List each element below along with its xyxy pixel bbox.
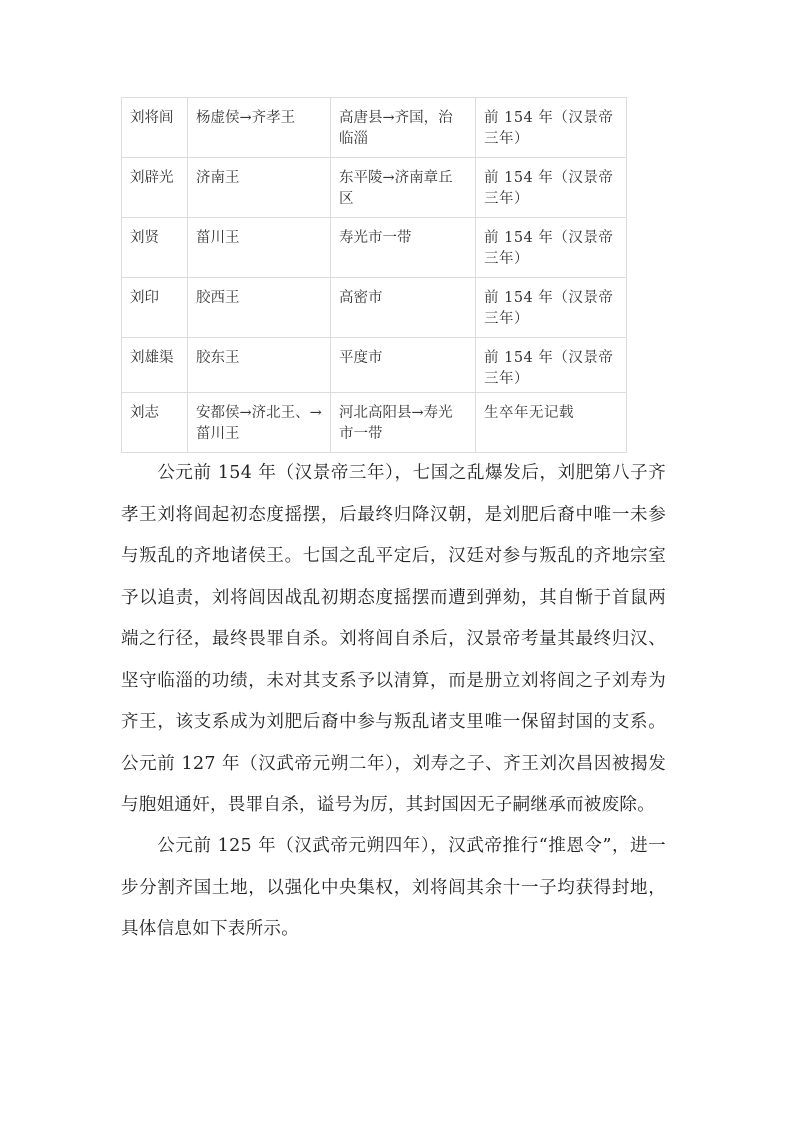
cell-place: 平度市: [331, 338, 476, 393]
cell-place: 高密市: [331, 278, 476, 338]
cell-date: 前 154 年（汉景帝三年）: [476, 278, 627, 338]
cell-place: 河北高阳县→寿光市一带: [331, 393, 476, 453]
cell-title: 胶西王: [188, 278, 331, 338]
cell-place: 高唐县→齐国，治临淄: [331, 98, 476, 158]
cell-date: 前 154 年（汉景帝三年）: [476, 158, 627, 218]
table-row: 刘雄渠 胶东王 平度市 前 154 年（汉景帝三年）: [122, 338, 627, 393]
body-paragraph: 公元前 154 年（汉景帝三年），七国之乱爆发后，刘肥第八子齐孝王刘将闾起初态度…: [121, 453, 666, 827]
document-page: 刘将闾 杨虚侯→齐孝王 高唐县→齐国，治临淄 前 154 年（汉景帝三年） 刘辟…: [0, 0, 800, 1131]
cell-place: 东平陵→济南章丘区: [331, 158, 476, 218]
cell-date: 生卒年无记载: [476, 393, 627, 453]
cell-title: 济南王: [188, 158, 331, 218]
cell-title: 菑川王: [188, 218, 331, 278]
cell-title: 杨虚侯→齐孝王: [188, 98, 331, 158]
cell-name: 刘贤: [122, 218, 188, 278]
cell-name: 刘将闾: [122, 98, 188, 158]
cell-date: 前 154 年（汉景帝三年）: [476, 338, 627, 393]
table-row: 刘印 胶西王 高密市 前 154 年（汉景帝三年）: [122, 278, 627, 338]
cell-date: 前 154 年（汉景帝三年）: [476, 98, 627, 158]
cell-name: 刘印: [122, 278, 188, 338]
cell-title: 胶东王: [188, 338, 331, 393]
body-paragraph: 公元前 125 年（汉武帝元朔四年），汉武帝推行“推恩令”，进一步分割齐国土地，…: [121, 826, 666, 951]
cell-place: 寿光市一带: [331, 218, 476, 278]
cell-name: 刘辟光: [122, 158, 188, 218]
cell-name: 刘志: [122, 393, 188, 453]
table-row: 刘辟光 济南王 东平陵→济南章丘区 前 154 年（汉景帝三年）: [122, 158, 627, 218]
cell-date: 前 154 年（汉景帝三年）: [476, 218, 627, 278]
table-row: 刘志 安都侯→济北王、→菑川王 河北高阳县→寿光市一带 生卒年无记载: [122, 393, 627, 453]
cell-name: 刘雄渠: [122, 338, 188, 393]
cell-title: 安都侯→济北王、→菑川王: [188, 393, 331, 453]
table-row: 刘贤 菑川王 寿光市一带 前 154 年（汉景帝三年）: [122, 218, 627, 278]
paragraph-text: 公元前 154 年（汉景帝三年），七国之乱爆发后，刘肥第八子齐孝王刘将闾起初态度…: [121, 463, 666, 815]
paragraph-text: 公元前 125 年（汉武帝元朔四年），汉武帝推行“推恩令”，进一步分割齐国土地，…: [121, 836, 666, 939]
vassal-kings-table: 刘将闾 杨虚侯→齐孝王 高唐县→齐国，治临淄 前 154 年（汉景帝三年） 刘辟…: [121, 97, 627, 453]
table-row: 刘将闾 杨虚侯→齐孝王 高唐县→齐国，治临淄 前 154 年（汉景帝三年）: [122, 98, 627, 158]
